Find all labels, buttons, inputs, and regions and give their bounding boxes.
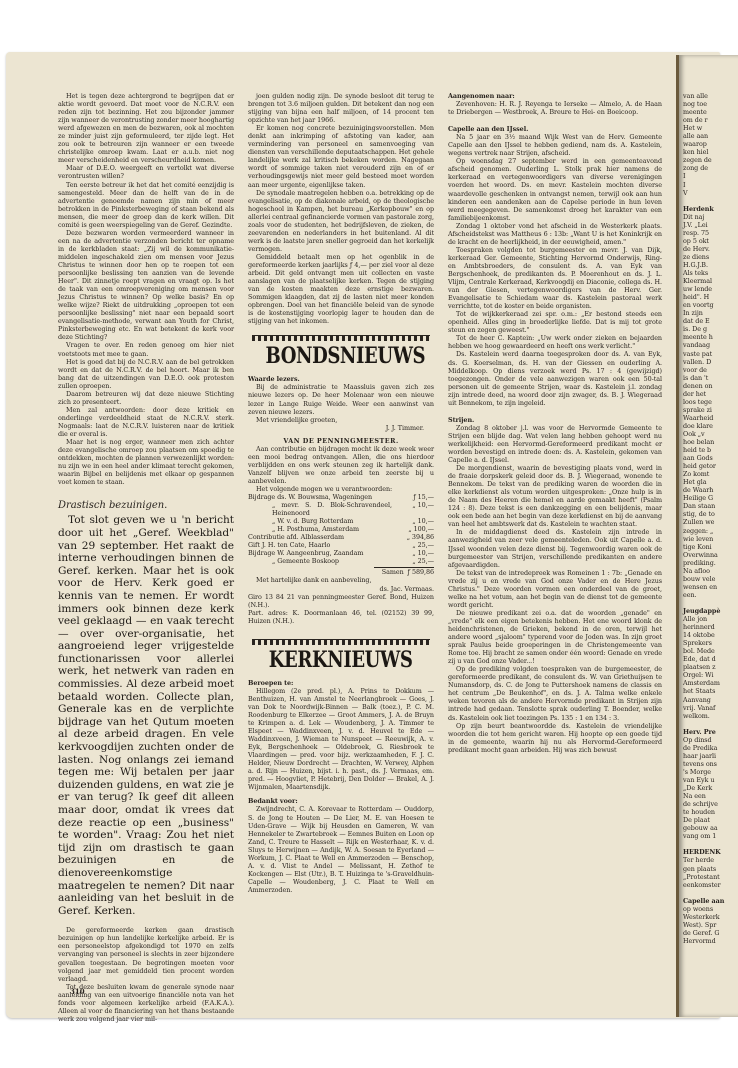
fragment-line: [683, 889, 738, 897]
fragment-line: wensen en: [683, 583, 738, 591]
fragment-line: van alle: [683, 92, 738, 100]
fragment-line: Als teks: [683, 269, 738, 277]
adjacent-page-edge: van allenog toemeenteom de rHet walle aa…: [676, 55, 738, 1017]
paragraph: Toespraken volgden tot burgemeester en m…: [448, 246, 662, 310]
fragment-line: prediking.: [683, 559, 738, 567]
fragment-line: eenkomster: [683, 881, 738, 889]
contribution-row: „ mevr. S. D. Blok-Schravendeel, Heineno…: [248, 501, 434, 517]
fragment-line: „Protestant: [683, 873, 738, 881]
fragment-line: [683, 197, 738, 205]
fragment-line: uw lende: [683, 285, 738, 293]
fragment-line: van Eyk u: [683, 776, 738, 784]
fragment-line: ze diens: [683, 253, 738, 261]
paragraph: Het is goed dat bij de N.C.R.V. aan de b…: [58, 358, 234, 390]
fragment-line: 14 oktobe: [683, 631, 738, 639]
fragment-line: HERDENK: [683, 848, 738, 856]
column-3: Aangenomen naar: Zevenhoven: H. R. J. Re…: [448, 92, 662, 754]
fragment-line: J.V. „Lei: [683, 221, 738, 229]
fragment-line: Sprekers: [683, 639, 738, 647]
fragment-line: heid". H: [683, 293, 738, 301]
fragment-line: Het w: [683, 124, 738, 132]
paragraph: Op woensdag 27 september werd in een gem…: [448, 157, 662, 221]
declined-list: Zwijndrecht, C. A. Korevaar te Rotterdam…: [248, 805, 434, 894]
fragment-line: dat de E: [683, 317, 738, 325]
contribution-amount: „ 25,—: [392, 541, 434, 549]
column-1-intro-text: Het is tegen deze achtergrond te begrijp…: [58, 92, 234, 486]
contributions-total: Samen ƒ 589,86: [248, 568, 434, 576]
fragment-line: de schrijve: [683, 800, 738, 808]
paragraph: Ds. Kastelein werd daarna toegesproken d…: [448, 350, 662, 406]
bondsnieuws-signature: J. J. Timmer.: [248, 424, 434, 432]
fragment-line: op 5 okt: [683, 237, 738, 245]
treasurer-address: Part. adres: K. Doormanlaan 46, tel. (02…: [248, 609, 434, 625]
fragment-line: zong de: [683, 164, 738, 172]
column-2-intro-text: joen gulden nodig zijn. De synode besloo…: [248, 92, 434, 325]
fragment-line: zegen de: [683, 156, 738, 164]
fragment-line: vandaag: [683, 341, 738, 349]
fragment-line: Ook „v: [683, 430, 738, 438]
fragment-line: en voortg: [683, 301, 738, 309]
contribution-row: Contributie afd. Alblasserdam„ 394,86: [248, 533, 434, 541]
declined-heading: Bedankt voor:: [248, 797, 434, 805]
contribution-row: „ W. v. d. Burg Rotterdam„ 10,—: [248, 517, 434, 525]
fragment-line: resp. 75: [683, 229, 738, 237]
fragment-line: op woens: [683, 905, 738, 913]
fragment-line: Na afloo: [683, 567, 738, 575]
fragment-line: Ede, dat d: [683, 655, 738, 663]
fragment-line: Overwinna: [683, 551, 738, 559]
fragment-line: Waarheid: [683, 414, 738, 422]
subheading-drastisch-bezuinigen: Drastisch bezuinigen.: [58, 502, 234, 510]
fragment-line: stig, de to: [683, 510, 738, 518]
column-1: Het is tegen deze achtergrond te begrijp…: [58, 92, 234, 1023]
fragment-line: West). Spr: [683, 921, 738, 929]
fragment-line: vrij. Vanaf: [683, 704, 738, 712]
contribution-label: Contributie afd. Alblasserdam: [248, 533, 392, 541]
fragment-line: De plaat: [683, 816, 738, 824]
contribution-row: „ H. Posthuma, Amsterdam„ 100,—: [248, 525, 434, 533]
paragraph: Tot de heer C. Kaptein: „Uw werk onder z…: [448, 334, 662, 350]
fragment-line: de Predika: [683, 744, 738, 752]
paragraph: Ten eerste betreur ik het dat het comité…: [58, 181, 234, 229]
paragraph: Na 5 jaar en 3½ maand Wijk West van de H…: [448, 133, 662, 157]
fragment-line: 's Morge: [683, 768, 738, 776]
paragraph: Maar het is nog erger, wanneer men zich …: [58, 438, 234, 486]
paragraph: In de middagdienst deed ds. Kastelein zi…: [448, 528, 662, 568]
contribution-amount: „ 10,—: [392, 501, 434, 517]
strijen-heading: Strijen.: [448, 416, 662, 424]
adjacent-page-text-fragments: van allenog toemeenteom de rHet walle aa…: [683, 92, 738, 945]
paragraph: joen gulden nodig zijn. De synode besloo…: [248, 92, 434, 124]
contribution-amount: ƒ 15,—: [392, 493, 434, 501]
paragraph: Tot de wijkkerkeraad zei spr. o.m.: „Er …: [448, 310, 662, 334]
paragraph: Het is tegen deze achtergrond te begrijp…: [58, 92, 234, 164]
fragment-line: Dan staan: [683, 502, 738, 510]
column-2: joen gulden nodig zijn. De synode besloo…: [248, 92, 434, 894]
fragment-line: alle aan: [683, 132, 738, 140]
fragment-line: de Herv.: [683, 245, 738, 253]
fragment-line: voor de: [683, 366, 738, 374]
fragment-line: wie leven: [683, 535, 738, 543]
fragment-line: te houden: [683, 808, 738, 816]
fragment-line: welkom.: [683, 712, 738, 720]
treasurer-name: ds. Jac. Vermaas.: [248, 585, 434, 593]
paragraph: Er komen nog concrete bezuinigingsvoorst…: [248, 124, 434, 188]
fragment-line: Alle jon: [683, 615, 738, 623]
paragraph: De morgendienst, waarin de bevestiging p…: [448, 464, 662, 528]
fragment-line: [683, 720, 738, 728]
bondsnieuws-closing: Met vriendelijke groeten,: [248, 416, 434, 424]
fragment-line: Orgel: Wi: [683, 671, 738, 679]
fragment-line: Zo komt: [683, 470, 738, 478]
treasurer-body: Aan contributie en bijdragen mocht ik de…: [248, 445, 434, 485]
fragment-line: het Staats: [683, 687, 738, 695]
fragment-line: Jeugdappè: [683, 607, 738, 615]
fragment-line: een.: [683, 591, 738, 599]
fragment-line: der het: [683, 390, 738, 398]
paragraph: De synodale maatregelen hebben o.a. betr…: [248, 189, 434, 253]
contribution-label: „ mevr. S. D. Blok-Schravendeel, Heineno…: [248, 501, 392, 517]
paragraph: Daarom betreuren wij dat deze nieuwe Sti…: [58, 390, 234, 406]
fragment-line: In zijn: [683, 309, 738, 317]
paragraph: Deze bezwaren worden vermeerderd wanneer…: [58, 229, 234, 342]
fragment-line: ken hiel: [683, 148, 738, 156]
fragment-line: Amsterdam: [683, 679, 738, 687]
fragment-line: meente h: [683, 333, 738, 341]
fragment-line: vallen. D: [683, 358, 738, 366]
fragment-line: gen plaats: [683, 865, 738, 873]
bondsnieuws-title: BONDSNIEUWS: [266, 341, 426, 371]
accepted-list: Zevenhoven: H. R. J. Reyenga te Ierseke …: [448, 100, 662, 116]
contribution-row: Gift J. H. ten Cate, Haarlo„ 25,—: [248, 541, 434, 549]
treasurer-heading: VAN DE PENNINGMEESTER.: [248, 437, 434, 445]
fragment-line: de Waarh: [683, 486, 738, 494]
accepted-heading: Aangenomen naar:: [448, 92, 662, 100]
kerknieuws-banner: KERKNIEUWS: [248, 639, 434, 675]
fragment-line: Ter herde: [683, 856, 738, 864]
contribution-amount: „ 10,—: [392, 549, 434, 557]
paragraph: Vragen te over. En reden genoeg om hier …: [58, 341, 234, 357]
giro-number: Giro 13 84 21 van penningmeester Geref. …: [248, 593, 434, 609]
fragment-line: doe klare: [683, 422, 738, 430]
paragraph: Zondag 1 oktober vond het afscheid in de…: [448, 222, 662, 246]
contribution-row: Bijdrage W. Aangeenbrug, Zaandam„ 10,—: [248, 549, 434, 557]
fragment-line: aan Gods: [683, 454, 738, 462]
paragraph: De gereformeerde kerken gaan drastisch b…: [58, 926, 234, 982]
fragment-line: de Geref. G: [683, 929, 738, 937]
bondsnieuws-body: Bij de administratie te Maassluis gaven …: [248, 383, 434, 415]
bondsnieuws-salutation: Waarde lezers.: [248, 375, 434, 383]
fragment-line: Zullen we: [683, 518, 738, 526]
paragraph: De tekst van de intredepreek was Romeine…: [448, 569, 662, 609]
bondsnieuws-banner: BONDSNIEUWS: [248, 335, 434, 371]
fragment-line: Capelle aan: [683, 897, 738, 905]
contribution-row: „ Gemeente Boskoop„ 25,—: [248, 557, 434, 565]
contribution-row: Bijdrage ds. W. Bouwsma, Wageningenƒ 15,…: [248, 493, 434, 501]
column-1-closing-text: De gereformeerde kerken gaan drastisch b…: [58, 926, 234, 1023]
fragment-line: gebouw aa: [683, 824, 738, 832]
fragment-line: [683, 599, 738, 607]
fragment-line: Aanvang: [683, 696, 738, 704]
fragment-line: bouw vele: [683, 575, 738, 583]
treasurer-thanks: Met hartelijke dank en aanbeveling,: [248, 576, 434, 584]
fragment-line: hoe belan: [683, 438, 738, 446]
contribution-label: „ H. Posthuma, Amsterdam: [248, 525, 392, 533]
contribution-label: „ Gemeente Boskoop: [248, 557, 392, 565]
fragment-line: [683, 840, 738, 848]
contribution-amount: „ 25,—: [392, 557, 434, 565]
fragment-line: meente: [683, 108, 738, 116]
fragment-line: om de r: [683, 116, 738, 124]
fragment-line: denen on: [683, 382, 738, 390]
paragraph: De nieuwe predikant zei o.a. dat de woor…: [448, 609, 662, 665]
contribution-label: „ W. v. d. Burg Rotterdam: [248, 517, 392, 525]
fragment-line: Herdenk: [683, 205, 738, 213]
fragment-line: herinnerd: [683, 623, 738, 631]
contribution-amount: „ 100,—: [392, 525, 434, 533]
fragment-line: nog toe: [683, 100, 738, 108]
fragment-line: Herv. Pre: [683, 728, 738, 736]
contribution-label: Gift J. H. ten Cate, Haarlo: [248, 541, 392, 549]
fragment-line: I: [683, 181, 738, 189]
contribution-label: Bijdrage W. Aangeenbrug, Zaandam: [248, 549, 392, 557]
paragraph: Op zijn beurt beantwoordde ds. Kastelein…: [448, 722, 662, 754]
fragment-line: Na een: [683, 792, 738, 800]
paragraph: Op de prediking volgden toespraken van d…: [448, 665, 662, 721]
fragment-line: Op dinsd: [683, 736, 738, 744]
fragment-line: is dan 't: [683, 374, 738, 382]
fragment-line: waarop: [683, 140, 738, 148]
paragraph: Zondag 8 oktober j.l. was voor de Hervor…: [448, 424, 662, 464]
called-heading: Beroepen te:: [248, 679, 434, 687]
fragment-line: tige Koni: [683, 543, 738, 551]
fragment-line: Hervormd: [683, 937, 738, 945]
fragment-line: Het gla: [683, 478, 738, 486]
fragment-line: Kleermal: [683, 277, 738, 285]
fragment-line: Heilige G: [683, 494, 738, 502]
capelle-heading: Capelle aan den IJssel.: [448, 125, 662, 133]
strijen-article: Zondag 8 oktober j.l. was voor de Hervor…: [448, 424, 662, 754]
fragment-line: loos tege: [683, 398, 738, 406]
page-number: 310: [70, 987, 85, 996]
paragraph: Maar of D.E.O. weergeeft en vertolkt wat…: [58, 164, 234, 180]
contribution-amount: „ 10,—: [392, 517, 434, 525]
fragment-line: zeggen: „: [683, 527, 738, 535]
kerknieuws-title: KERKNIEUWS: [269, 645, 413, 675]
contribution-amount: „ 394,86: [392, 533, 434, 541]
fragment-line: plaatsen z: [683, 663, 738, 671]
fragment-line: H.G.J.B.: [683, 261, 738, 269]
accounting-intro: Het volgende mogen we u verantwoorden:: [248, 485, 434, 493]
fragment-line: Westerkerk: [683, 913, 738, 921]
fragment-line: tevens ons: [683, 760, 738, 768]
fragment-line: V: [683, 189, 738, 197]
fragment-line: vaste pat: [683, 350, 738, 358]
capelle-article: Na 5 jaar en 3½ maand Wijk West van de H…: [448, 133, 662, 407]
contribution-label: Bijdrage ds. W. Bouwsma, Wageningen: [248, 493, 392, 501]
paragraph: Men zal antwoorden: door deze kritiek en…: [58, 406, 234, 438]
fragment-line: haar jaarli: [683, 752, 738, 760]
fragment-line: heid getor: [683, 462, 738, 470]
fragment-line: vang om 1: [683, 832, 738, 840]
contributions-table: Bijdrage ds. W. Bouwsma, Wageningenƒ 15,…: [248, 493, 434, 565]
fragment-line: „De Kerk: [683, 784, 738, 792]
paragraph: Gemiddeld betaalt men op het ogenblik in…: [248, 253, 434, 325]
fragment-line: sprake zi: [683, 406, 738, 414]
called-list: Hillegom (2e pred. pl.), A. Prins te Dok…: [248, 687, 434, 792]
fragment-line: is. De g: [683, 325, 738, 333]
fragment-line: bol. Mede: [683, 647, 738, 655]
fragment-line: Dit naj: [683, 213, 738, 221]
fragment-line: heid te b: [683, 446, 738, 454]
highlighted-paragraph: Tot slot geven we u 'n bericht door uit …: [58, 514, 234, 917]
fragment-line: I: [683, 172, 738, 180]
